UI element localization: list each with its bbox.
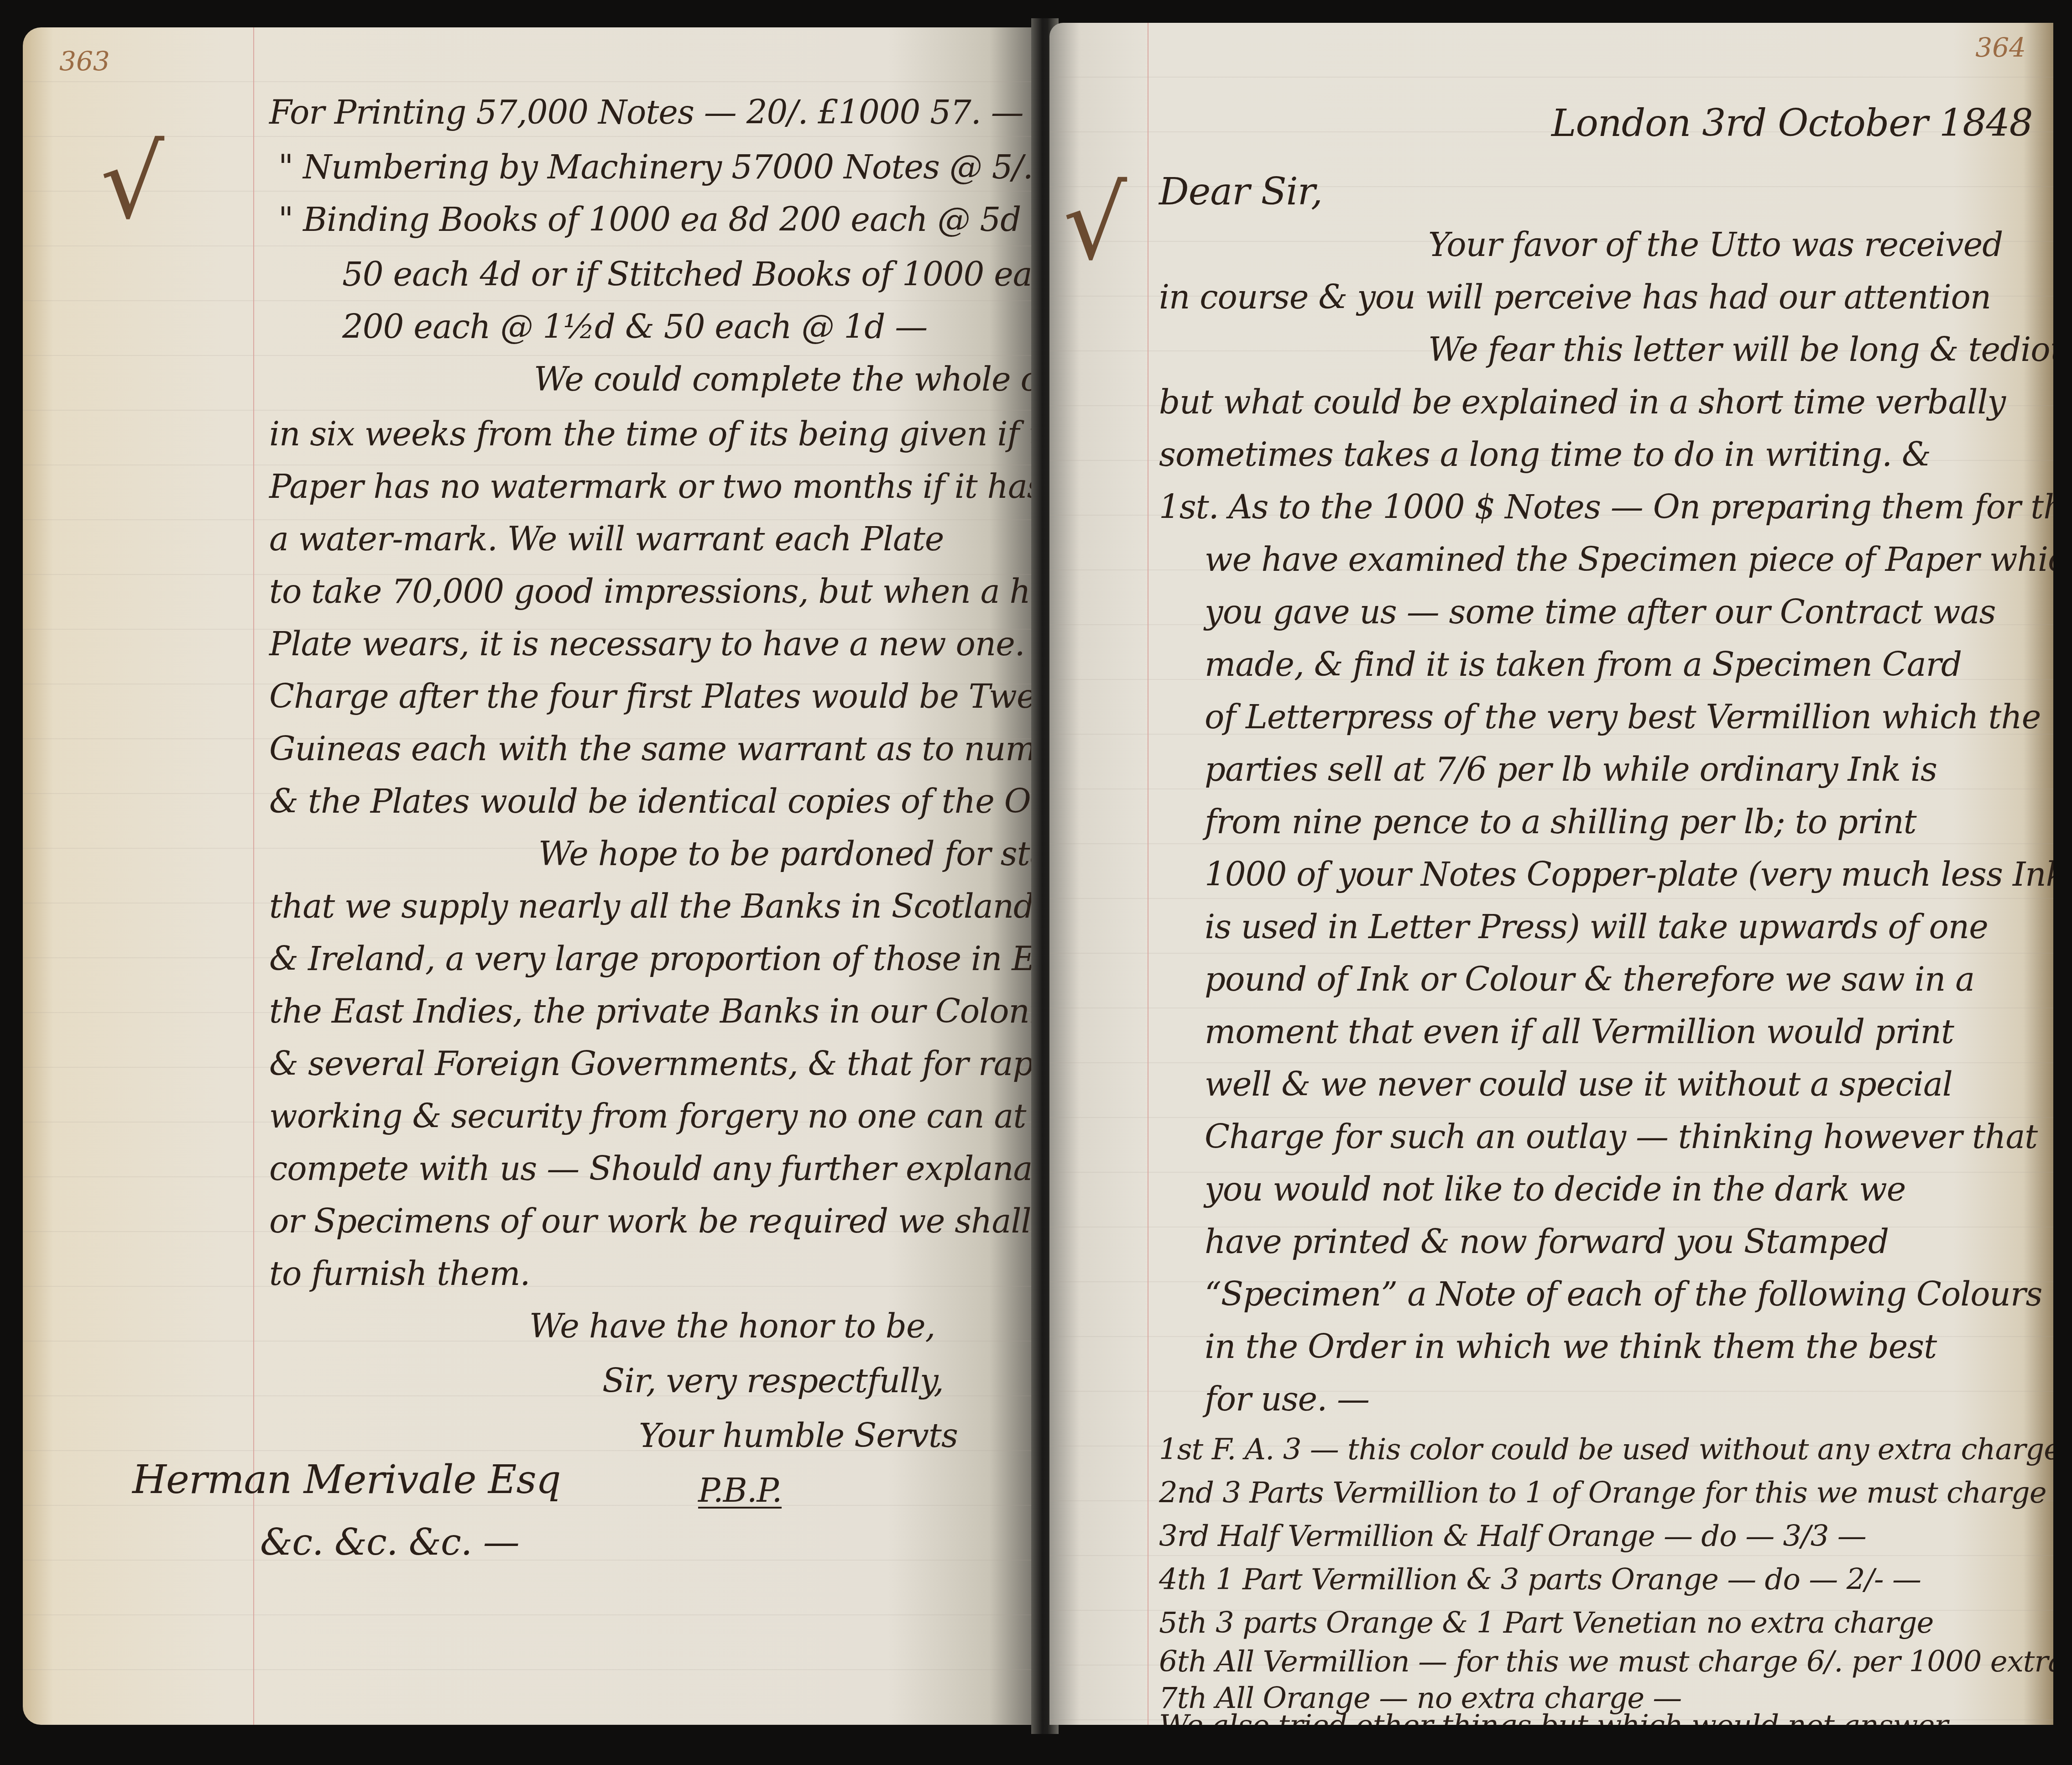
colour-ordinal: 3rd <box>1159 1520 1209 1553</box>
text-line: or Specimens of our work be required we … <box>269 1205 1040 1238</box>
colour-list-item: 5th 3 parts Orange & 1 Part Venetian no … <box>1159 1608 1933 1638</box>
text-line: 50 each 4d or if Stitched Books of 1000 … <box>342 258 1040 291</box>
colour-note: — for this we must charge 6/. per 1000 e… <box>1418 1645 2053 1679</box>
closing-line: Sir, very respectfully, <box>602 1364 944 1397</box>
colour-ordinal: 6th <box>1159 1645 1207 1679</box>
colour-list-item: 4th 1 Part Vermillion & 3 parts Orange —… <box>1159 1565 1921 1594</box>
text-line: We fear this letter will be long & tedio… <box>1428 333 2053 366</box>
colour-mix: Half Vermillion & Half Orange <box>1218 1520 1655 1553</box>
text-line: from nine pence to a shilling per lb; to… <box>1205 805 1916 838</box>
text-line: sometimes takes a long time to do in wri… <box>1159 438 1931 471</box>
text-line: moment that even if all Vermillion would… <box>1205 1015 1954 1048</box>
colour-ordinal: 2nd <box>1159 1476 1214 1510</box>
text-line: made, & find it is taken from a Specimen… <box>1205 648 1962 681</box>
colour-mix: All Vermillion <box>1216 1645 1409 1679</box>
colour-ordinal: 4th <box>1159 1563 1207 1597</box>
text-line: Paper has no watermark or two months if … <box>269 470 1040 503</box>
text-line: " Binding Books of 1000 ea 8d 200 each @… <box>278 203 1021 236</box>
closing-line: Your humble Servts <box>639 1419 958 1452</box>
colour-list-item: 2nd 3 Parts Vermillion to 1 of Orange fo… <box>1159 1478 2053 1508</box>
dateline: London 3rd October 1848 <box>1551 105 2033 142</box>
text-line: Charge after the four first Plates would… <box>269 680 1040 713</box>
salutation: Dear Sir, <box>1159 173 1322 211</box>
text-line: " Numbering by Machinery 57000 Notes @ 5… <box>278 151 1040 183</box>
text-line: a water-mark. We will warrant each Plate <box>269 522 944 555</box>
colour-ordinal: 5th <box>1159 1606 1207 1640</box>
page-number-right: 364 <box>1975 32 2026 63</box>
text-line: 200 each @ 1½d & 50 each @ 1d — <box>342 310 927 343</box>
text-line: 1st. As to the 1000 $ Notes — On prepari… <box>1159 491 2053 523</box>
text-line: the East Indies, the private Banks in ou… <box>269 995 1040 1028</box>
addressee-name: Herman Merivale Esq <box>132 1460 561 1499</box>
colour-note: — do — 2/- — <box>1727 1563 1921 1597</box>
text-line: “Specimen” a Note of each of the followi… <box>1205 1278 2042 1311</box>
text-line: to take 70,000 good impressions, but whe… <box>269 575 1040 608</box>
left-page: 363 √ For Printing 57,000 Notes — 20/. £… <box>23 27 1040 1725</box>
text-line: Guineas each with the same warrant as to… <box>269 732 1040 765</box>
check-mark-icon: √ <box>100 132 164 233</box>
colour-list-item: 6th All Vermillion — for this we must ch… <box>1159 1647 2053 1676</box>
margin-rule <box>1148 23 1148 1725</box>
text-line: Plate wears, it is necessary to have a n… <box>269 627 1040 660</box>
colour-note: — this color could be used without any e… <box>1310 1433 2053 1467</box>
check-mark-icon: √ <box>1063 173 1127 274</box>
text-line: but what could be explained in a short t… <box>1159 386 2005 418</box>
text-line: pound of Ink or Colour & therefore we sa… <box>1205 963 1974 996</box>
text-line: Charge for such an outlay — thinking how… <box>1205 1120 2037 1153</box>
addressee-etc: &c. &c. &c. — <box>260 1524 519 1561</box>
signature: P.B.P. <box>698 1474 782 1509</box>
right-page: 364 √ London 3rd October 1848 Dear Sir, … <box>1049 23 2053 1725</box>
text-line: for use. — <box>1205 1383 1369 1415</box>
final-line: We also tried other things but which wou… <box>1159 1711 1953 1725</box>
text-line: in the Order in which we think them the … <box>1205 1330 1936 1363</box>
colour-ordinal: 1st <box>1159 1433 1203 1467</box>
closing-line: We have the honor to be, <box>529 1310 935 1342</box>
text-line: compete with us — Should any further exp… <box>269 1152 1040 1185</box>
colour-mix: 3 parts Orange & 1 Part Venetian <box>1216 1606 1697 1640</box>
page-number-left: 363 <box>59 46 110 77</box>
text-line: we have examined the Specimen piece of P… <box>1205 543 2053 576</box>
text-line: is used in Letter Press) will take upwar… <box>1205 910 1988 943</box>
text-line: 1000 of your Notes Copper-plate (very mu… <box>1205 858 2053 891</box>
text-line: parties sell at 7/6 per lb while ordinar… <box>1205 753 1937 786</box>
text-line: Your favor of the Utto was received <box>1428 228 2003 261</box>
colour-mix: 1 Part Vermillion & 3 parts Orange <box>1216 1563 1718 1597</box>
text-line: & the Plates would be identical copies o… <box>269 785 1040 818</box>
colour-note: — do — 3/3 — <box>1664 1520 1866 1553</box>
colour-mix: F. A. 3 <box>1212 1433 1301 1467</box>
text-line: in six weeks from the time of its being … <box>269 418 1040 450</box>
text-line: & several Foreign Governments, & that fo… <box>269 1047 1040 1080</box>
colour-note: for this we must charge 4/6 per 1000 ext… <box>1704 1476 2053 1510</box>
text-line: in course & you will perceive has had ou… <box>1159 281 1991 313</box>
colour-mix: 3 Parts Vermillion to 1 of Orange <box>1222 1476 1696 1510</box>
text-line: well & we never could use it without a s… <box>1205 1068 1952 1101</box>
text-line: & Ireland, a very large proportion of th… <box>269 942 1040 975</box>
text-line: We could complete the whole order <box>534 363 1040 396</box>
text-line: you would not like to decide in the dark… <box>1205 1173 1905 1206</box>
text-line: you gave us — some time after our Contra… <box>1205 595 1996 628</box>
text-line: of Letterpress of the very best Vermilli… <box>1205 700 2041 733</box>
text-line: to furnish them. <box>269 1257 530 1290</box>
text-line: We hope to be pardoned for stating <box>538 837 1040 870</box>
colour-note: no extra charge <box>1706 1606 1934 1640</box>
text-line: working & security from forgery no one c… <box>269 1100 1040 1133</box>
colour-list-item: 3rd Half Vermillion & Half Orange — do —… <box>1159 1522 1866 1551</box>
text-line: that we supply nearly all the Banks in S… <box>269 890 1034 923</box>
text-line: have printed & now forward you Stamped <box>1205 1225 1889 1258</box>
colour-list-item: 1st F. A. 3 — this color could be used w… <box>1159 1435 2053 1464</box>
text-line: For Printing 57,000 Notes — 20/. £1000 5… <box>269 96 1040 129</box>
open-letter-book: 363 √ For Printing 57,000 Notes — 20/. £… <box>0 0 2072 1765</box>
